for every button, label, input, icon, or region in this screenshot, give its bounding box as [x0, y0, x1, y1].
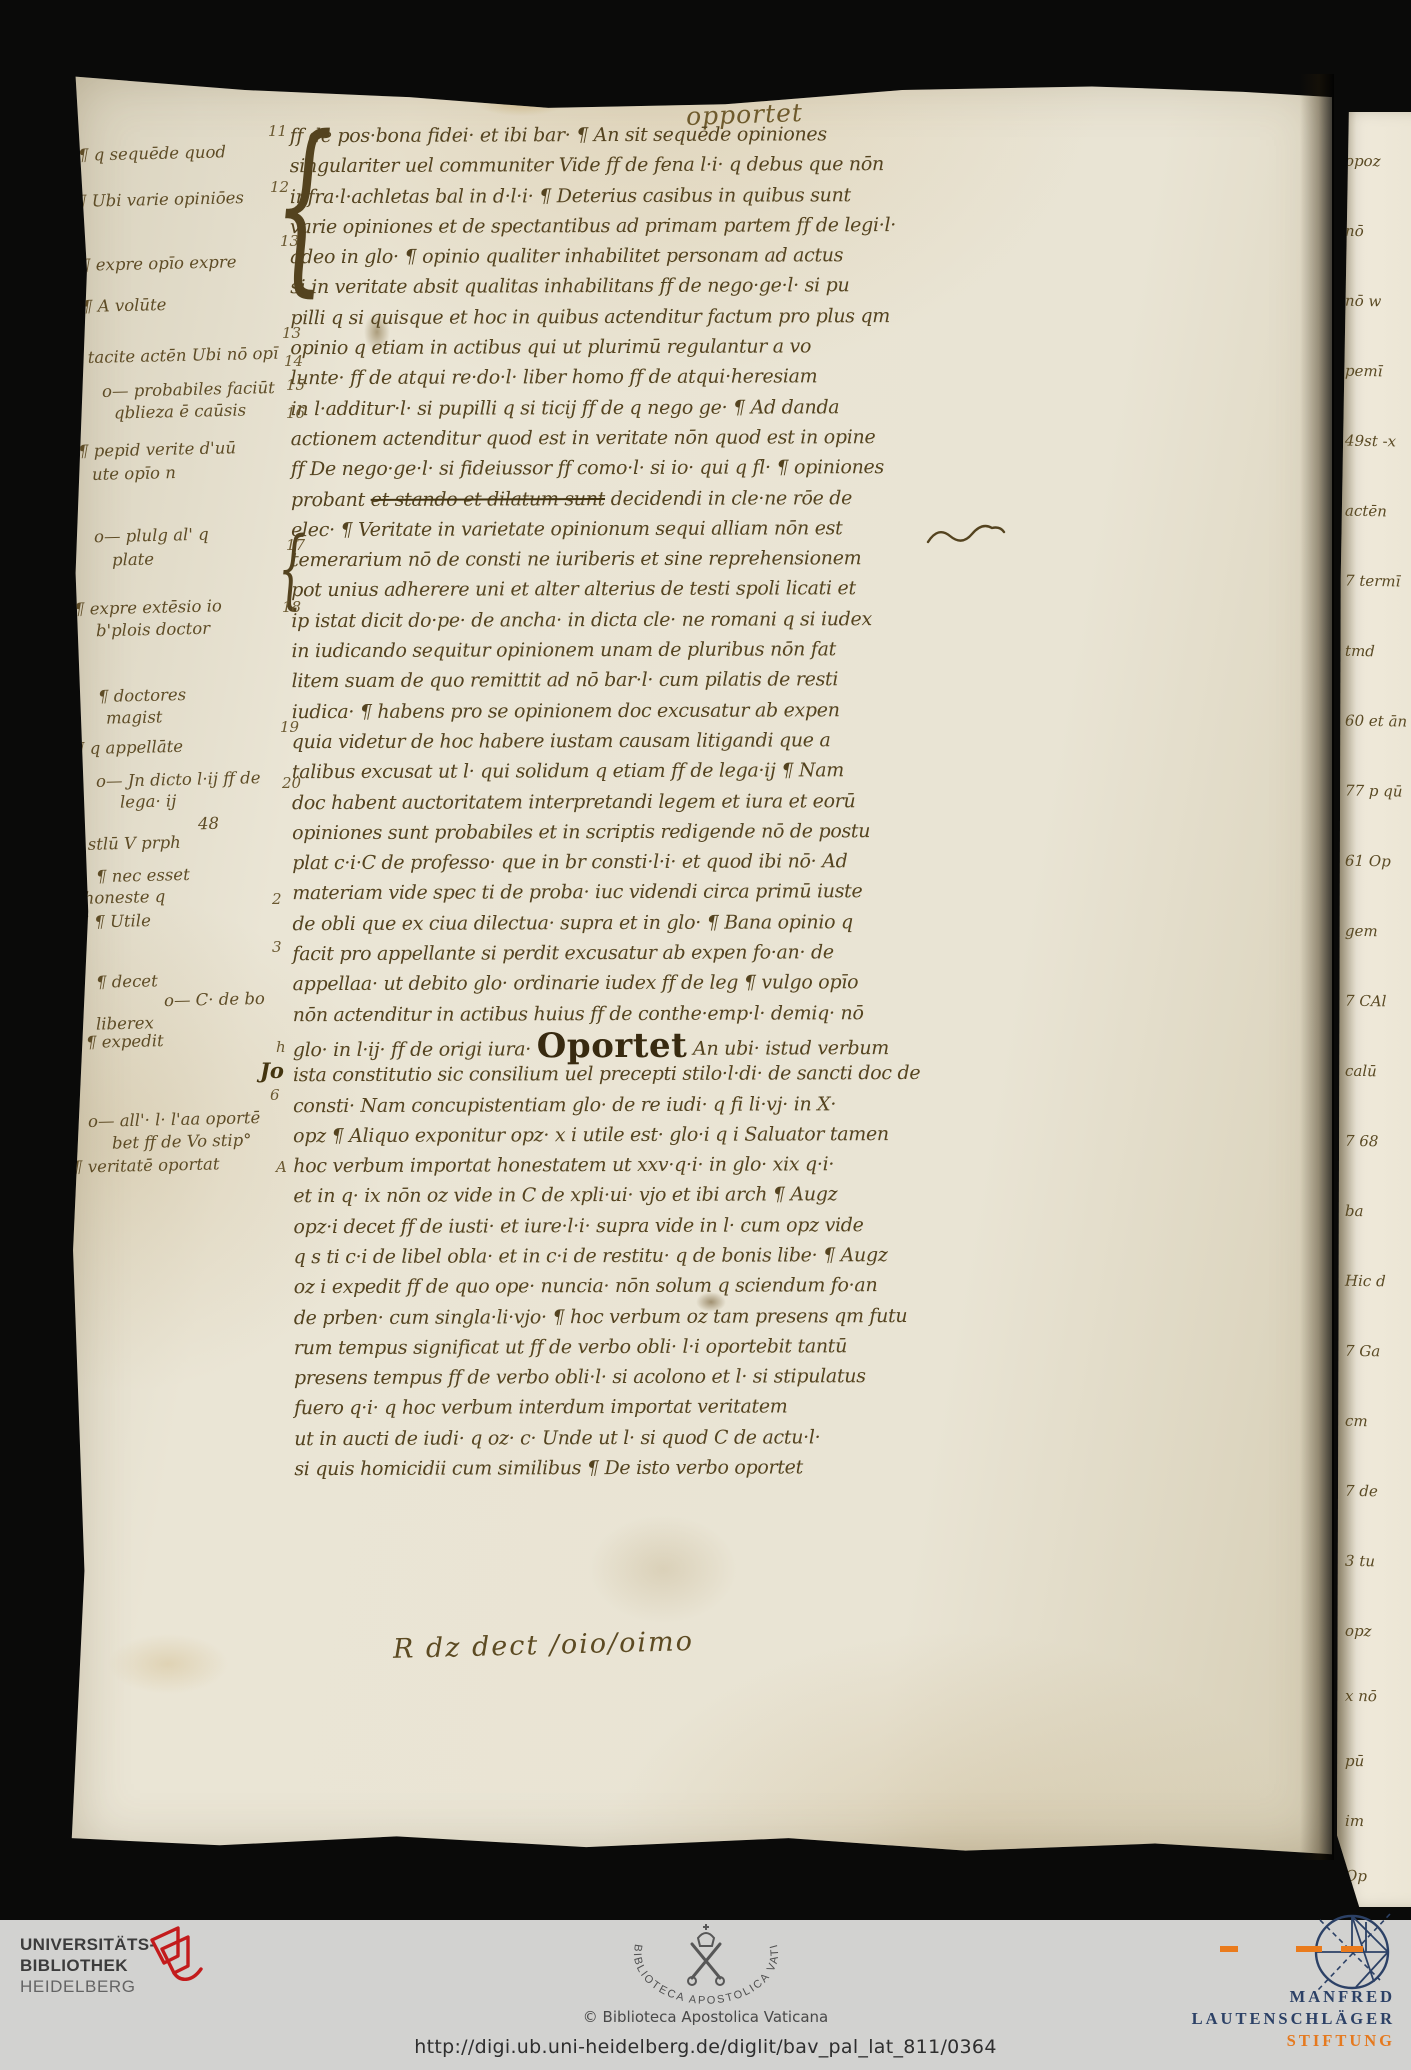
facing-page-text-fragment: 60 et ān [1345, 711, 1407, 730]
margin-annotation: o— plulg al' q [94, 525, 209, 547]
margin-annotation: ¶ honeste q [68, 887, 166, 908]
margin-number: 19 [280, 718, 299, 736]
text-segment: opinio q etiam in actibus qui ut plurimū… [290, 335, 811, 359]
text-segment: opiniones sunt probabiles et in scriptis… [292, 820, 870, 844]
text-segment: elec· ¶ Veritate in varietate opinionum … [291, 517, 842, 541]
facing-page-text-fragment: actēn [1345, 502, 1387, 521]
manuscript-text-line: appellaa· ut debito glo· ordinarie iudex… [293, 967, 953, 1000]
manuscript-text-line: pilli q si quisque et hoc in quibus acte… [290, 301, 950, 334]
manuscript-text-line: de obli que ex ciua dilectua· supra et i… [292, 907, 952, 940]
manuscript-text-line: glo· in l·ij· ff de origi iura· Oportet … [293, 1028, 953, 1061]
vatican-copyright: © Biblioteca Apostolica Vaticana [506, 2008, 906, 2026]
text-segment: facit pro appellante si perdit excusatur… [292, 941, 833, 965]
text-segment: et in q· ix nōn oz vide in C de xpli·ui·… [293, 1184, 837, 1208]
facing-page-text-fragment: x nō [1345, 1687, 1377, 1706]
margin-number: 2 [272, 890, 282, 908]
margin-annotation: ¶ q appellāte [74, 737, 183, 758]
manuscript-text-line: quia videtur de hoc habere iustam causam… [292, 725, 952, 758]
margin-annotation: o— all'· l· l'aa oportē [88, 1108, 261, 1131]
manuscript-text-line: hoc verbum importat honestatem ut xxv·q·… [293, 1149, 953, 1182]
folio-number: 4ts [720, 78, 751, 102]
text-segment: pot unius adherere uni et alter alterius… [291, 578, 856, 602]
margin-number: 14 [284, 352, 303, 370]
text-segment: nōn actenditur in actibus huius ff de co… [293, 1002, 864, 1026]
margin-number: h [276, 1038, 286, 1056]
margin-number: 15 [286, 376, 305, 394]
text-segment: doc habent auctoritatem interpretandi le… [292, 790, 856, 814]
margin-annotation: o— Jn dicto l·ij ff de [96, 768, 261, 791]
manuscript-text-line: fuero q·i· q hoc verbum interdum importa… [294, 1391, 954, 1424]
text-segment: opz ¶ Aliquo exponitur opz· x i utile es… [293, 1123, 889, 1147]
text-segment: lunte· ff de atqui re·do·l· liber homo f… [290, 366, 817, 390]
manuscript-text-line: infra·l·achletas bal in d·l·i· ¶ Deteriu… [290, 179, 950, 212]
text-segment: presens tempus ff de verbo obli·l· si ac… [294, 1365, 866, 1389]
text-segment: decidendi in cle·ne rōe de [605, 487, 852, 510]
manuscript-text-line: opiniones sunt probabiles et in scriptis… [292, 816, 952, 849]
facing-page-text-fragment: 7 termī [1345, 572, 1401, 591]
text-segment: litem suam de quo remittit ad nō bar·l· … [292, 669, 839, 693]
manuscript-text-line: varie opiniones et de spectantibus ad pr… [290, 210, 950, 243]
text-segment: adeo in glo· ¶ opinio qualiter inhabilit… [290, 244, 843, 268]
manuscript-text-line: probant et stando et dilatum sunt decide… [291, 482, 951, 515]
manuscript-text-line: doc habent auctoritatem interpretandi le… [292, 785, 952, 818]
manuscript-text-line: si in veritate absit qualitas inhabilita… [290, 270, 950, 303]
text-segment: in iudicando sequitur opinionem unam de … [291, 638, 836, 662]
facing-page-text-fragment: opz [1345, 1622, 1372, 1640]
margin-number: 13 [280, 232, 299, 250]
margin-annotation: ¶ stlū V prph [72, 833, 181, 854]
vatican-library-emblem: BIBLIOTECA APOSTOLICA VATICANA © Bibliot… [506, 1920, 906, 2011]
parchment-stain [108, 1634, 228, 1694]
margin-annotation: magist [106, 707, 163, 727]
margin-annotation: bet ff de Vo stip° [112, 1130, 252, 1152]
text-segment: temerarium nō de consti ne iuriberis et … [291, 547, 861, 571]
mls-line2: LAUTENSCHLÄGER [1192, 2008, 1395, 2030]
margin-annotation: ¶ q sequēde quod [78, 142, 226, 164]
facing-page-text-fragment: gem [1345, 922, 1378, 941]
facing-page-text-fragment: im [1345, 1812, 1364, 1830]
manuscript-text-line: rum tempus significat ut ff de verbo obl… [294, 1331, 954, 1364]
margin-annotation: ¶ expre extēsio io [74, 596, 222, 618]
orange-dash [1220, 1946, 1238, 1952]
facing-page-text-fragment: nō [1345, 222, 1364, 240]
margin-number: 12 [270, 178, 289, 196]
margin-annotation: ¶ doctores [98, 685, 187, 706]
text-segment: An ubi· istud verbum [687, 1037, 889, 1060]
manuscript-text-line: litem suam de quo remittit ad nō bar·l· … [292, 664, 952, 697]
facing-page-text-fragment: Hic d [1345, 1272, 1386, 1291]
text-segment: rum tempus significat ut ff de verbo obl… [294, 1335, 847, 1359]
manuscript-text-line: in l·additur·l· si pupilli q si ticij ff… [291, 392, 951, 425]
gutter-shadow [1300, 74, 1334, 1860]
manuscript-text-line: oz i expedit ff de quo ope· nuncia· nōn … [294, 1270, 954, 1303]
margin-annotation: ¶ pepid verite d'uū [78, 438, 236, 461]
margin-annotation: 48 [198, 814, 219, 833]
margin-annotation: ¶ decet [96, 971, 158, 991]
text-segment: in l·additur·l· si pupilli q si ticij ff… [291, 396, 840, 420]
manuscript-text-line: in iudicando sequitur opinionem unam de … [291, 634, 951, 667]
pen-flourish-icon [926, 522, 1006, 552]
text-segment: si quis homicidii cum similibus ¶ De ist… [294, 1456, 803, 1480]
ubh-logo-line1: UNIVERSITÄTS- [20, 1934, 156, 1955]
manuscript-text-block: ff de pos·bona fidei· et ibi bar· ¶ An s… [290, 119, 955, 1485]
text-segment: pilli q si quisque et hoc in quibus acte… [290, 305, 890, 329]
facing-page-text-fragment: 61 Op [1345, 852, 1391, 871]
facing-page-text-fragment: cm [1345, 1412, 1368, 1430]
text-segment: de prben· cum singla·li·vjo· ¶ hoc verbu… [294, 1305, 908, 1329]
margin-annotation: lega· ij [120, 791, 177, 811]
facing-page-text-fragment: pemī [1345, 362, 1383, 381]
manuscript-text-line: talibus excusat ut l· qui solidum q etia… [292, 755, 952, 788]
parchment-stain [476, 90, 566, 116]
margin-number: 20 [282, 774, 301, 792]
text-segment: singulariter uel communiter Vide ff de f… [290, 153, 884, 177]
margin-annotation: ¶ tacite actēn Ubi nō opī [72, 344, 279, 368]
manuscript-text-line: opinio q etiam in actibus qui ut plurimū… [290, 331, 950, 364]
svg-text:BIBLIOTECA APOSTOLICA VATICANA: BIBLIOTECA APOSTOLICA VATICANA [596, 1920, 781, 2006]
lautenschlaeger-circle-icon [1310, 1910, 1394, 1994]
margin-annotation: ¶ nec esset [96, 865, 190, 886]
text-segment: iudica· ¶ habens pro se opinionem doc ex… [292, 699, 840, 723]
lemma-display-word: Oportet [537, 1026, 688, 1067]
facing-page-text-fragment: 7 68 [1345, 1132, 1379, 1151]
footer-band: UNIVERSITÄTS- BIBLIOTHEK HEIDELBERG BIBL… [0, 1920, 1411, 2070]
text-segment: oz i expedit ff de quo ope· nuncia· nōn … [294, 1274, 878, 1298]
text-segment: q s ti c·i de libel obla· et in c·i de r… [294, 1244, 888, 1268]
margin-annotation: ute opīo n [92, 463, 176, 484]
margin-annotation: ¶ expedit [86, 1031, 164, 1052]
text-segment: et stando et dilatum sunt [371, 488, 605, 511]
margin-number: 18 [282, 598, 301, 616]
ub-heidelberg-book-icon [146, 1924, 206, 1990]
ubh-logo-line2: BIBLIOTHEK [20, 1955, 156, 1976]
text-segment: ff de pos·bona fidei· et ibi bar· ¶ An s… [290, 123, 827, 147]
manuscript-text-line: ff de pos·bona fidei· et ibi bar· ¶ An s… [290, 119, 950, 152]
margin-annotation: o— C· de bo [164, 989, 265, 1010]
manuscript-text-line: iudica· ¶ habens pro se opinionem doc ex… [292, 694, 952, 727]
manuscript-text-line: pot unius adherere uni et alter alterius… [291, 573, 951, 606]
text-segment: consti· Nam concupistentiam glo· de re i… [293, 1093, 836, 1117]
text-segment: varie opiniones et de spectantibus ad pr… [290, 214, 896, 238]
manuscript-text-line: presens tempus ff de verbo obli·l· si ac… [294, 1361, 954, 1394]
manuscript-text-line: ip istat dicit do·pe· de ancha· in dicta… [291, 604, 951, 637]
facing-page-text-fragment: 77 p qū [1345, 781, 1403, 800]
text-segment: si in veritate absit qualitas inhabilita… [290, 275, 849, 299]
ubh-logo-line3: HEIDELBERG [20, 1976, 156, 1997]
manuscript-text-line: consti· Nam concupistentiam glo· de re i… [293, 1088, 953, 1121]
manuscript-text-line: actionem actenditur quod est in veritate… [291, 422, 951, 455]
orange-dash [1341, 1946, 1363, 1952]
text-segment: materiam vide spec ti de proba· iuc vide… [292, 881, 862, 905]
manuscript-text-line: temerarium nō de consti ne iuriberis et … [291, 543, 951, 576]
margin-annotation: ¶ veritatē oportat [72, 1154, 220, 1176]
text-segment: probant [291, 488, 371, 510]
margin-annotation: ¶ Ubi varie opiniōes [76, 188, 244, 211]
margin-annotation: qblieza ē caūsis [114, 401, 247, 423]
text-segment: ut in aucti de iudi· q oz· c· Unde ut l·… [294, 1426, 820, 1450]
mls-line3: STIFTUNG [1192, 2030, 1395, 2052]
vatican-crossed-keys-icon: BIBLIOTECA APOSTOLICA VATICANA [596, 1920, 816, 2006]
margin-annotation: b'plois doctor [96, 619, 210, 641]
offset-ink-stain [588, 1514, 738, 1624]
margin-annotation: ¶ expre opīo expre [80, 252, 237, 275]
facing-page-text-fragment: calū [1345, 1062, 1377, 1081]
ub-heidelberg-logo: UNIVERSITÄTS- BIBLIOTHEK HEIDELBERG [20, 1934, 156, 1997]
manuscript-text-line: et in q· ix nōn oz vide in C de xpli·ui·… [293, 1179, 953, 1212]
text-segment: actionem actenditur quod est in veritate… [291, 426, 876, 450]
facing-page-text-fragment: nō w [1345, 292, 1382, 311]
margin-number: 11 [268, 122, 287, 140]
margin-number: 3 [272, 938, 282, 956]
margin-number: 13 [282, 324, 301, 342]
facing-page-text-fragment: Op [1345, 1867, 1367, 1885]
facing-page-text-fragment: 49st -x [1345, 432, 1396, 451]
margin-annotation: 16 ¶ Utile [68, 911, 151, 932]
manuscript-text-line: elec· ¶ Veritate in varietate opinionum … [291, 513, 951, 546]
manuscript-text-line: adeo in glo· ¶ opinio qualiter inhabilit… [290, 240, 950, 273]
facing-page-text-fragment: 7 de [1345, 1482, 1378, 1501]
manuscript-text-line: q s ti c·i de libel obla· et in c·i de r… [294, 1240, 954, 1273]
margin-number: A [276, 1158, 287, 1176]
manuscript-text-line: lunte· ff de atqui re·do·l· liber homo f… [290, 361, 950, 394]
text-segment: fuero q·i· q hoc verbum interdum importa… [294, 1396, 787, 1420]
manuscript-text-line: materiam vide spec ti de proba· iuc vide… [292, 876, 952, 909]
manuscript-text-line: de prben· cum singla·li·vjo· ¶ hoc verbu… [294, 1300, 954, 1333]
manuscript-page: 4ts opportet { { ff de pos·bona fidei· e… [68, 74, 1332, 1856]
text-segment: plat c·i·C de professo· que in br consti… [292, 850, 847, 874]
facing-page-text-fragment: tmd [1345, 642, 1375, 661]
catchword-note: R dz dect /oio/oimo [393, 1626, 695, 1665]
margin-annotation: plate [112, 550, 154, 570]
margin-number: 16 [286, 404, 305, 422]
facing-page-text-fragment: 3 tu [1345, 1552, 1375, 1571]
manuscript-text-line: ut in aucti de iudi· q oz· c· Unde ut l·… [294, 1422, 954, 1455]
text-segment: infra·l·achletas bal in d·l·i· ¶ Deteriu… [290, 184, 851, 208]
text-segment: ff De nego·ge·l· si fideiussor ff como·l… [291, 456, 884, 480]
text-segment: talibus excusat ut l· qui solidum q etia… [292, 759, 844, 783]
text-segment: de obli que ex ciua dilectua· supra et i… [292, 911, 852, 935]
manuscript-text-line: opz·i decet ff de iusti· et iure·l·i· su… [293, 1210, 953, 1243]
facing-page-edge: opoznōnō wpemī49st -xactēn7 termītmd60 e… [1337, 112, 1411, 1907]
manuscript-text-line: ff De nego·ge·l· si fideiussor ff como·l… [291, 452, 951, 485]
mls-line1: MANFRED [1192, 1986, 1395, 2008]
manuscript-text-line: opz ¶ Aliquo exponitur opz· x i utile es… [293, 1119, 953, 1152]
manuscript-text-line: singulariter uel communiter Vide ff de f… [290, 149, 950, 182]
facing-page-text-fragment: pū [1345, 1752, 1365, 1770]
margin-number: Jo [260, 1058, 284, 1083]
manuscript-text-line: facit pro appellante si perdit excusatur… [292, 937, 952, 970]
manuscript-text-line: plat c·i·C de professo· que in br consti… [292, 846, 952, 879]
margin-number: 17 [286, 536, 305, 554]
margin-annotation: o— probabiles faciūt [102, 378, 275, 401]
text-segment: opz·i decet ff de iusti· et iure·l·i· su… [293, 1214, 863, 1238]
facing-page-text-fragment: 7 Ga [1345, 1342, 1381, 1361]
facing-page-text-fragment: 7 CAl [1345, 992, 1387, 1011]
manuscript-text-line: si quis homicidii cum similibus ¶ De ist… [294, 1452, 954, 1485]
facing-page-text-fragment: ba [1345, 1202, 1364, 1220]
text-segment: hoc verbum importat honestatem ut xxv·q·… [293, 1153, 834, 1177]
text-segment: glo· in l·ij· ff de origi iura· [293, 1038, 537, 1061]
orange-dash [1296, 1946, 1322, 1952]
facing-page-text-fragment: opoz [1345, 152, 1381, 171]
text-segment: ip istat dicit do·pe· de ancha· in dicta… [291, 608, 872, 632]
text-segment: appellaa· ut debito glo· ordinarie iudex… [293, 971, 859, 995]
lautenschlaeger-stiftung-logo: MANFRED LAUTENSCHLÄGER STIFTUNG [1192, 1986, 1395, 2052]
text-segment: quia videtur de hoc habere iustam causam… [292, 729, 831, 753]
margin-number: 6 [270, 1086, 280, 1104]
margin-annotation: ¶ A volūte [82, 295, 167, 316]
